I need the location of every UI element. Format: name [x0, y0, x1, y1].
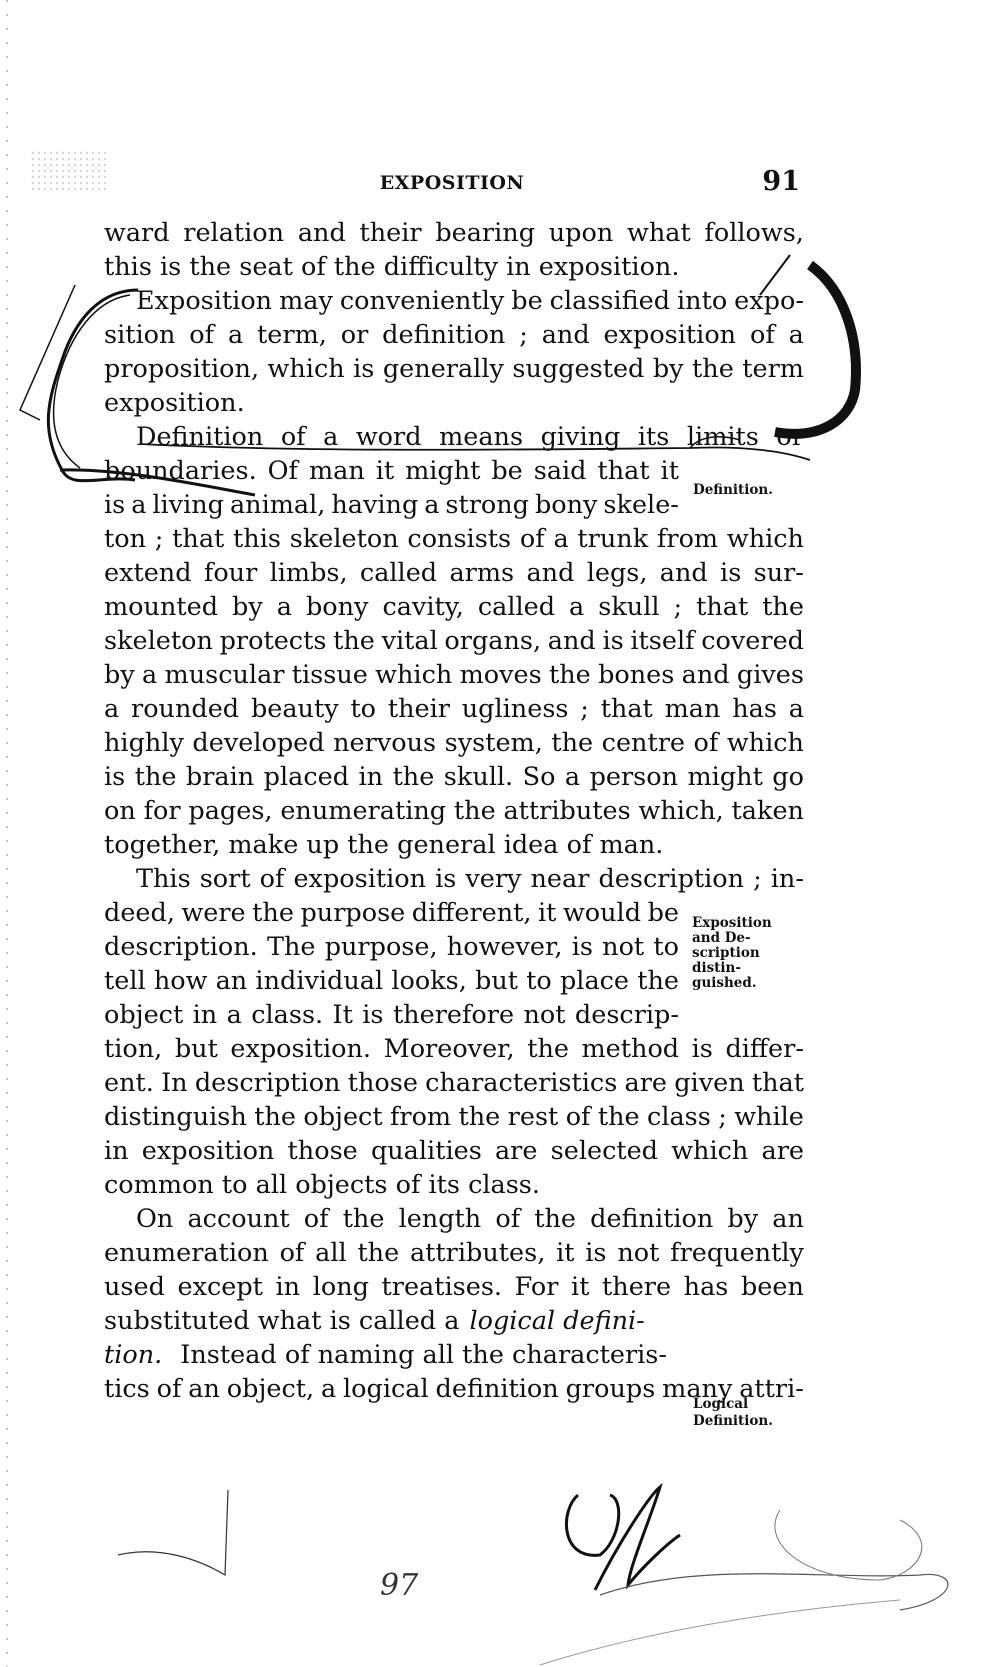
text-line: proposition,whichisgenerallysuggestedbyt…	[104, 352, 804, 386]
text-line: highlydevelopednervoussystem,thecentreof…	[104, 726, 804, 760]
text-line: distinguishtheobjectfromtherestoftheclas…	[104, 1100, 804, 1134]
paragraph-start: Expositionmayconvenientlybeclassifiedint…	[104, 284, 804, 318]
margin-note-exposition-description: Exposition and De- scription distin- gui…	[692, 916, 772, 991]
body-text: wardrelationandtheirbearinguponwhatfollo…	[104, 216, 804, 1406]
text-line: deed,werethepurposedifferent,itwouldbe	[104, 896, 679, 930]
text-line: tion. Instead of naming all the characte…	[104, 1338, 679, 1372]
text-line: exposition.	[104, 386, 804, 420]
text-line: inexpositionthosequalitiesareselectedwhi…	[104, 1134, 804, 1168]
text-line: sitionofaterm,ordefinition;andexposition…	[104, 318, 804, 352]
running-head-title: EXPOSITION	[104, 172, 800, 194]
paragraph-start: Onaccountofthelengthofthedefinitionbyan	[104, 1202, 804, 1236]
margin-note-logical-definition: Logical Definition.	[693, 1396, 773, 1430]
text-line: ton;thatthisskeletonconsistsofatrunkfrom…	[104, 522, 804, 556]
text-line: boundaries.Ofmanitmightbesaidthatit	[104, 454, 679, 488]
book-page: EXPOSITION 91 wardrelationandtheirbearin…	[0, 0, 1000, 1667]
text-line: this is the seat of the difficulty in ex…	[104, 250, 804, 284]
text-line: description.Thepurpose,however,isnotto	[104, 930, 679, 964]
italic-term: tion.	[104, 1338, 162, 1372]
handwritten-page-number: 97	[380, 1568, 418, 1603]
text-line: objectinaclass.Itisthereforenotdescrip-	[104, 998, 679, 1032]
paragraph-start: Thissortofexpositionisveryneardescriptio…	[104, 862, 804, 896]
signature-scribble	[566, 1487, 680, 1590]
text-line: mountedbyabonycavity,calledaskull;thatth…	[104, 590, 804, 624]
margin-note-line: and De-	[692, 931, 772, 946]
text-line: skeletonprotectsthevitalorgans,andisitse…	[104, 624, 804, 658]
margin-note-line: guished.	[692, 976, 772, 991]
margin-note-definition: Definition.	[693, 482, 773, 498]
text-line: tion,butexposition.Moreover,themethodisd…	[104, 1032, 804, 1066]
running-head: EXPOSITION 91	[104, 170, 800, 200]
text-line: onforpages,enumeratingtheattributeswhich…	[104, 794, 804, 828]
text-line: extendfourlimbs,calledarmsandlegs,andiss…	[104, 556, 804, 590]
text-line: ent.Indescriptionthosecharacteristicsare…	[104, 1066, 804, 1100]
margin-note-line: Logical	[693, 1396, 773, 1413]
text-line: substituted what is called a logical def…	[104, 1304, 679, 1338]
text-line: isalivinganimal,havingastrongbonyskele-	[104, 488, 679, 522]
scan-edge-dots	[6, 0, 8, 1667]
text-segment: substituted what is called a	[104, 1304, 459, 1338]
page-number: 91	[762, 166, 800, 197]
text-line: common to all objects of its class.	[104, 1168, 804, 1202]
margin-note-line: Exposition	[692, 916, 772, 931]
margin-note-line: distin-	[692, 961, 772, 976]
paragraph-start: Definitionofawordmeansgivingitslimitsor	[104, 420, 804, 454]
text-line: together, make up the general idea of ma…	[104, 828, 804, 862]
text-line: usedexceptinlongtreatises.Forittherehasb…	[104, 1270, 804, 1304]
text-line: aroundedbeautytotheirugliness;thatmanhas…	[104, 692, 804, 726]
scan-speckle	[30, 150, 110, 190]
text-segment: Instead of naming all the characteris-	[180, 1338, 667, 1372]
text-line: byamusculartissuewhichmovesthebonesandgi…	[104, 658, 804, 692]
margin-note-line: scription	[692, 946, 772, 961]
text-line: wardrelationandtheirbearinguponwhatfollo…	[104, 216, 804, 250]
text-line: tellhowanindividuallooks,buttoplacethe	[104, 964, 679, 998]
text-line: enumerationofalltheattributes,itisnotfre…	[104, 1236, 804, 1270]
text-line: isthebrainplacedintheskull.Soapersonmigh…	[104, 760, 804, 794]
italic-term: logical defini-	[469, 1304, 644, 1338]
margin-note-line: Definition.	[693, 1413, 773, 1430]
